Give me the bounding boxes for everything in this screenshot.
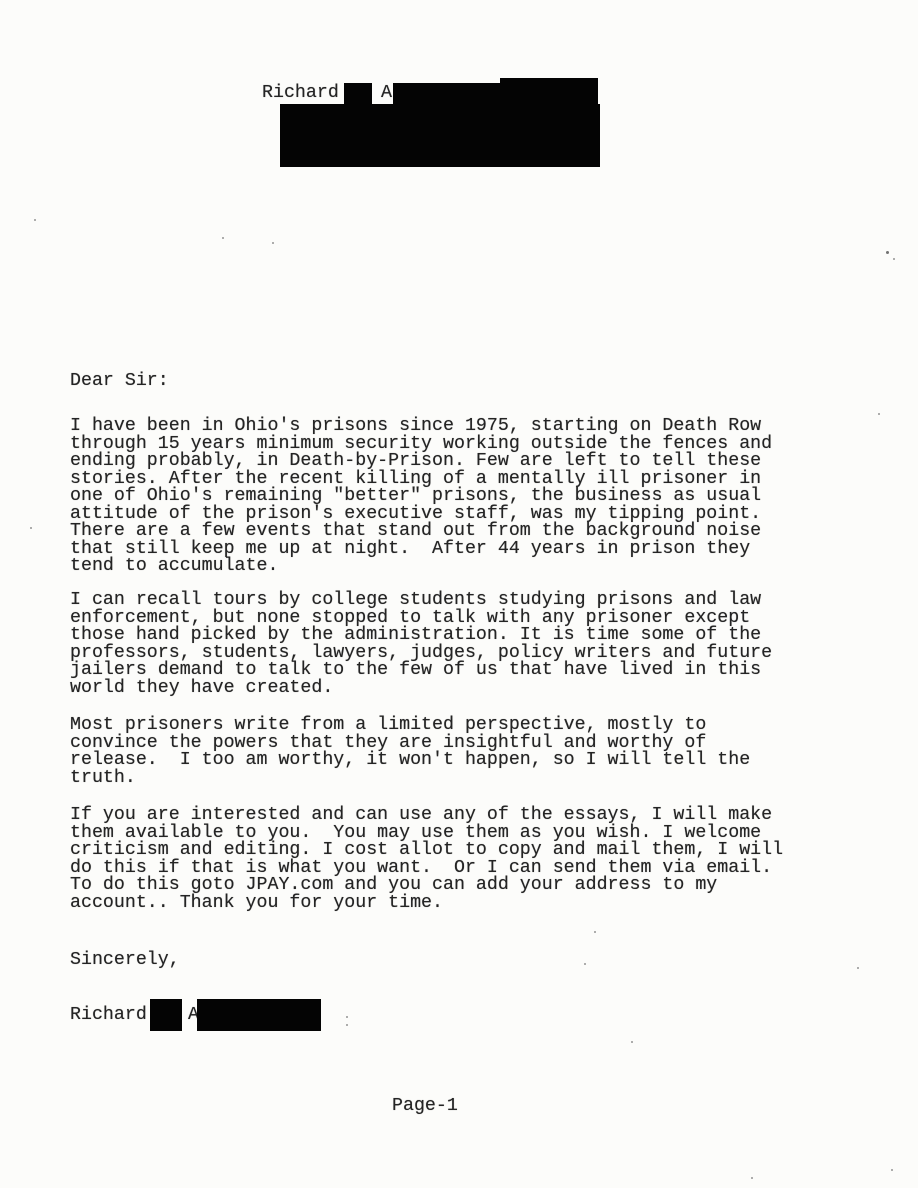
scan-speck [222, 237, 224, 239]
scan-speck [594, 931, 596, 933]
scan-speck [631, 1041, 633, 1043]
paragraph-1: I have been in Ohio's prisons since 1975… [70, 418, 772, 576]
scan-speck [34, 219, 36, 221]
scan-speck [346, 1016, 348, 1018]
scan-speck [346, 1024, 348, 1026]
paragraph-2: I can recall tours by college students s… [70, 592, 772, 697]
scan-speck [584, 963, 586, 965]
redaction-box-signature-middle [150, 999, 182, 1031]
redaction-box-signature-lastname [197, 999, 321, 1031]
scanned-letter-page: Richard A Dear Sir: I have been in Ohio'… [0, 0, 918, 1188]
sender-middle-initial: A [381, 85, 392, 103]
closing: Sincerely, [70, 952, 180, 970]
scan-speck [893, 258, 895, 260]
redaction-box-header-bump [500, 78, 598, 90]
scan-speck [886, 251, 889, 254]
scan-speck [751, 1177, 753, 1179]
scan-speck [857, 967, 859, 969]
greeting: Dear Sir: [70, 373, 169, 391]
paragraph-4: If you are interested and can use any of… [70, 807, 783, 912]
sender-first-name: Richard [262, 85, 339, 103]
page-number: Page-1 [392, 1098, 458, 1116]
scan-speck [878, 413, 880, 415]
redaction-box-header-middle [344, 83, 372, 106]
redaction-address-block [280, 104, 600, 167]
paragraph-3: Most prisoners write from a limited pers… [70, 717, 750, 787]
scan-speck [30, 527, 32, 529]
scan-speck [891, 1169, 893, 1171]
scan-speck [272, 242, 274, 244]
signature-first-name: Richard [70, 1007, 147, 1025]
